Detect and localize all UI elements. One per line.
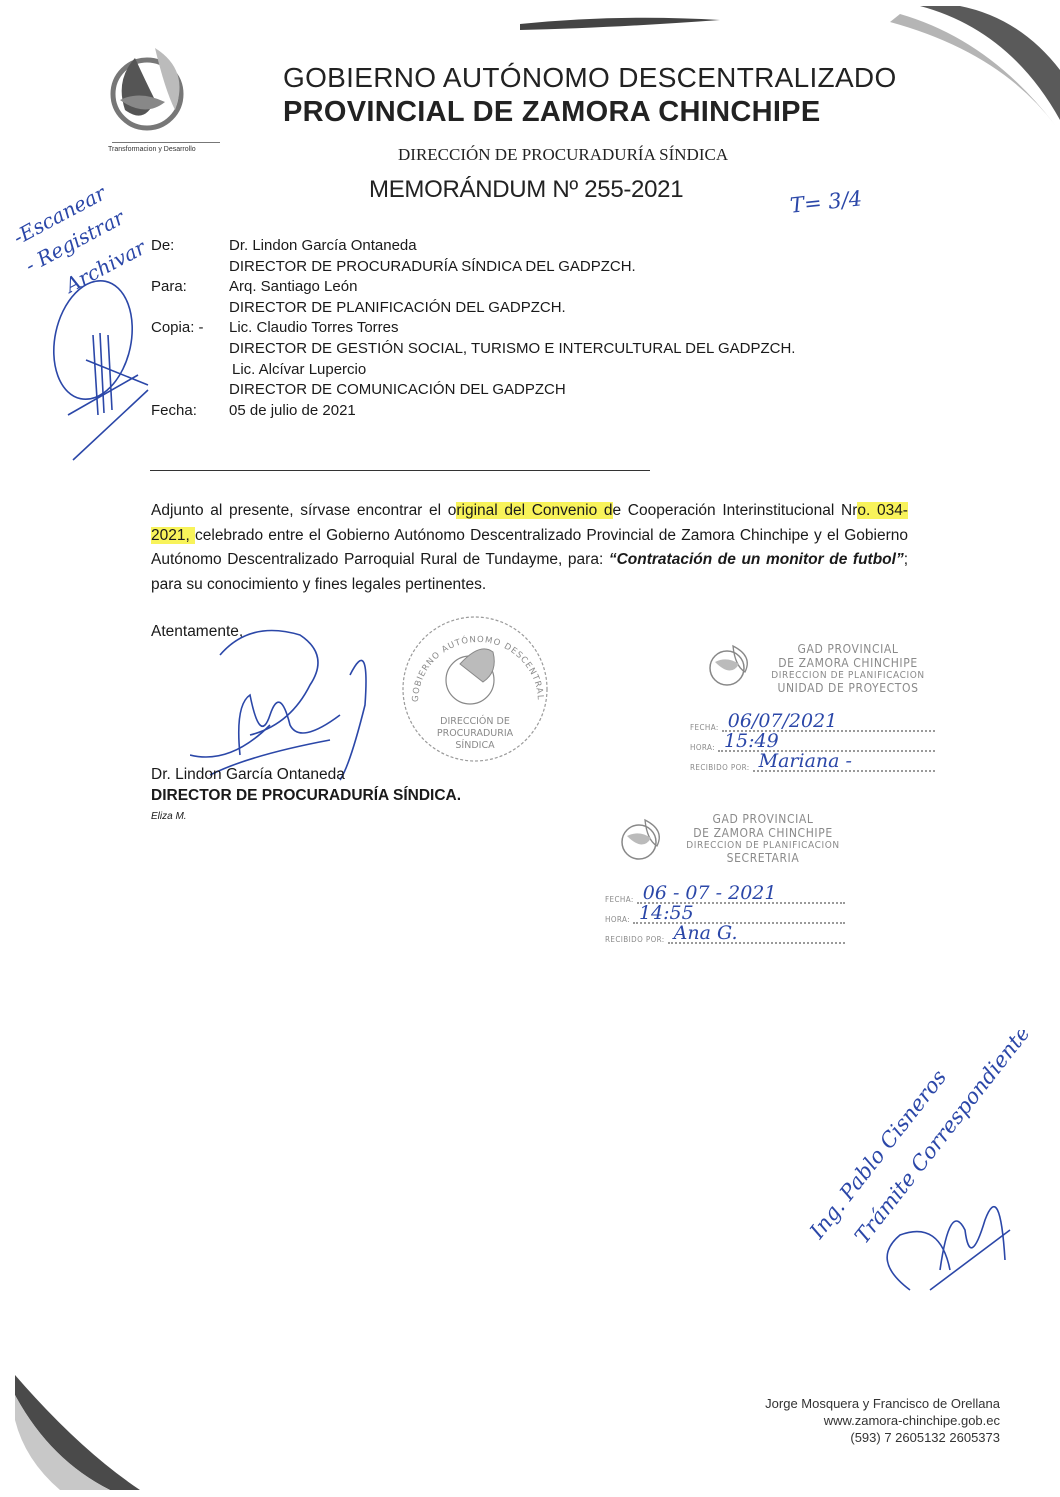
stamp-date-label: FECHA: xyxy=(690,723,719,732)
stamp-time-value: 14:55 xyxy=(639,902,694,924)
footer-phone: (593) 7 2605132 2605373 xyxy=(700,1429,1000,1446)
typist-initials: Eliza M. xyxy=(151,811,187,822)
procuraduria-official-seal: GOBIERNO AUTÓNOMO DESCENTRALIZADO PROVIN… xyxy=(398,612,553,767)
date-row: Fecha: 05 de julio de 2021 xyxy=(151,401,795,422)
stamp-line-2: DE ZAMORA CHINCHIPE xyxy=(673,826,853,840)
copy-2-title: DIRECTOR DE COMUNICACIÓN DEL GADPZCH xyxy=(151,380,795,401)
footer-address: Jorge Mosquera y Francisco de Orellana xyxy=(700,1395,1000,1412)
stamp-line-4: SECRETARIA xyxy=(673,851,853,865)
gadpzch-logo-icon xyxy=(95,40,205,140)
stamp-line-4: UNIDAD DE PROYECTOS xyxy=(758,681,938,695)
signer-name: Dr. Lindon García Ontaneda xyxy=(151,766,345,784)
stamp-received-field: RECIBIDO POR:Ana G. xyxy=(605,924,845,944)
stamp-date-field: FECHA:06/07/2021 xyxy=(690,712,935,732)
header-divider xyxy=(150,470,650,471)
date-value: 05 de julio de 2021 xyxy=(229,401,356,422)
footer-website[interactable]: www.zamora-chinchipe.gob.ec xyxy=(700,1412,1000,1429)
handwritten-side-annotation: -Escanear - Registrar Archivar xyxy=(8,185,158,465)
org-name-line2: PROVINCIAL DE ZAMORA CHINCHIPE xyxy=(283,96,820,129)
stamp-fields: FECHA:06 - 07 - 2021 HORA:14:55 RECIBIDO… xyxy=(605,884,845,944)
org-name-line1: GOBIERNO AUTÓNOMO DESCENTRALIZADO xyxy=(283,62,897,94)
logo-tagline: Transformacion y Desarrollo xyxy=(108,146,196,153)
to-label: Para: xyxy=(151,277,229,298)
stamp-date-field: FECHA:06 - 07 - 2021 xyxy=(605,884,845,904)
stamp-text: GAD PROVINCIAL DE ZAMORA CHINCHIPE DIREC… xyxy=(758,642,938,695)
stamp-logo-icon xyxy=(617,814,667,864)
copy-1-title: DIRECTOR DE GESTIÓN SOCIAL, TURISMO E IN… xyxy=(151,339,795,360)
stamp-line-1: GAD PROVINCIAL xyxy=(673,812,853,826)
department-name: DIRECCIÓN DE PROCURADURÍA SÍNDICA xyxy=(398,145,728,165)
from-label: De: xyxy=(151,236,229,257)
to-name: Arq. Santiago León xyxy=(229,277,357,298)
memo-number: MEMORÁNDUM Nº 255-2021 xyxy=(369,176,683,204)
handwritten-page-note: T= 3/4 xyxy=(789,186,863,217)
memo-body-paragraph: Adjunto al presente, sírvase encontrar e… xyxy=(151,499,908,597)
stamp-received-label: RECIBIDO POR: xyxy=(605,935,665,944)
stamp-date-label: FECHA: xyxy=(605,895,634,904)
stamp-received-value: Ana G. xyxy=(674,922,738,944)
seal-line-2: PROCURADURIA xyxy=(437,728,514,739)
stamp-received-field: RECIBIDO POR:Mariana - xyxy=(690,752,935,772)
stamp-time-field: HORA:14:55 xyxy=(605,904,845,924)
signer-title: DIRECTOR DE PROCURADURÍA SÍNDICA. xyxy=(151,787,461,805)
stamp-line-2: DE ZAMORA CHINCHIPE xyxy=(758,656,938,670)
stamp-line-1: GAD PROVINCIAL xyxy=(758,642,938,656)
stamp-received-label: RECIBIDO POR: xyxy=(690,763,750,772)
memo-header-block: De: Dr. Lindon García Ontaneda DIRECTOR … xyxy=(151,236,795,421)
highlighted-text-1: riginal del Convenio d xyxy=(456,502,612,519)
project-title-quote: “Contratación de un monitor de futbol” xyxy=(609,551,904,568)
seal-line-1: DIRECCIÓN DE xyxy=(440,715,510,727)
to-title: DIRECTOR DE PLANIFICACIÓN DEL GADPZCH. xyxy=(151,298,795,319)
stamp-received-value: Mariana - xyxy=(759,750,852,772)
seal-line-3: SÍNDICA xyxy=(455,739,495,751)
stamp-date-value: 06 - 07 - 2021 xyxy=(643,882,777,904)
stamp-time-label: HORA: xyxy=(605,915,630,924)
footer-contact: Jorge Mosquera y Francisco de Orellana w… xyxy=(700,1395,1000,1446)
stamp-time-label: HORA: xyxy=(690,743,715,752)
copy-1-name: Lic. Claudio Torres Torres xyxy=(229,318,399,339)
from-title: DIRECTOR DE PROCURADURÍA SÍNDICA DEL GAD… xyxy=(151,257,795,278)
stamp-time-field: HORA:15:49 xyxy=(690,732,935,752)
copy-row: Copia: - Lic. Claudio Torres Torres xyxy=(151,318,795,339)
from-name: Dr. Lindon García Ontaneda xyxy=(229,236,417,257)
stamp-line-3: DIRECCION DE PLANIFICACION xyxy=(758,670,938,681)
date-label: Fecha: xyxy=(151,401,229,422)
stamp-time-value: 15:49 xyxy=(724,730,779,752)
stamp-date-value: 06/07/2021 xyxy=(728,710,838,732)
stamp-text: GAD PROVINCIAL DE ZAMORA CHINCHIPE DIREC… xyxy=(673,812,853,865)
footer-swoosh-decoration xyxy=(0,1350,200,1497)
stamp-line-3: DIRECCION DE PLANIFICACION xyxy=(673,840,853,851)
handwritten-instruction: Ing. Pablo Cisneros Trámite Correspondie… xyxy=(790,1030,1060,1310)
logo-underline xyxy=(112,142,220,143)
to-row: Para: Arq. Santiago León xyxy=(151,277,795,298)
body-text-2: e Cooperación Interinstitucional Nr xyxy=(613,502,858,519)
copy-label: Copia: - xyxy=(151,318,229,339)
copy-2-name: Lic. Alcívar Lupercio xyxy=(151,360,795,381)
stamp-fields: FECHA:06/07/2021 HORA:15:49 RECIBIDO POR… xyxy=(690,712,935,772)
from-row: De: Dr. Lindon García Ontaneda xyxy=(151,236,795,257)
body-text-1: Adjunto al presente, sírvase encontrar e… xyxy=(151,502,456,519)
stamp-logo-icon xyxy=(705,640,755,690)
handwritten-signature xyxy=(190,615,390,785)
